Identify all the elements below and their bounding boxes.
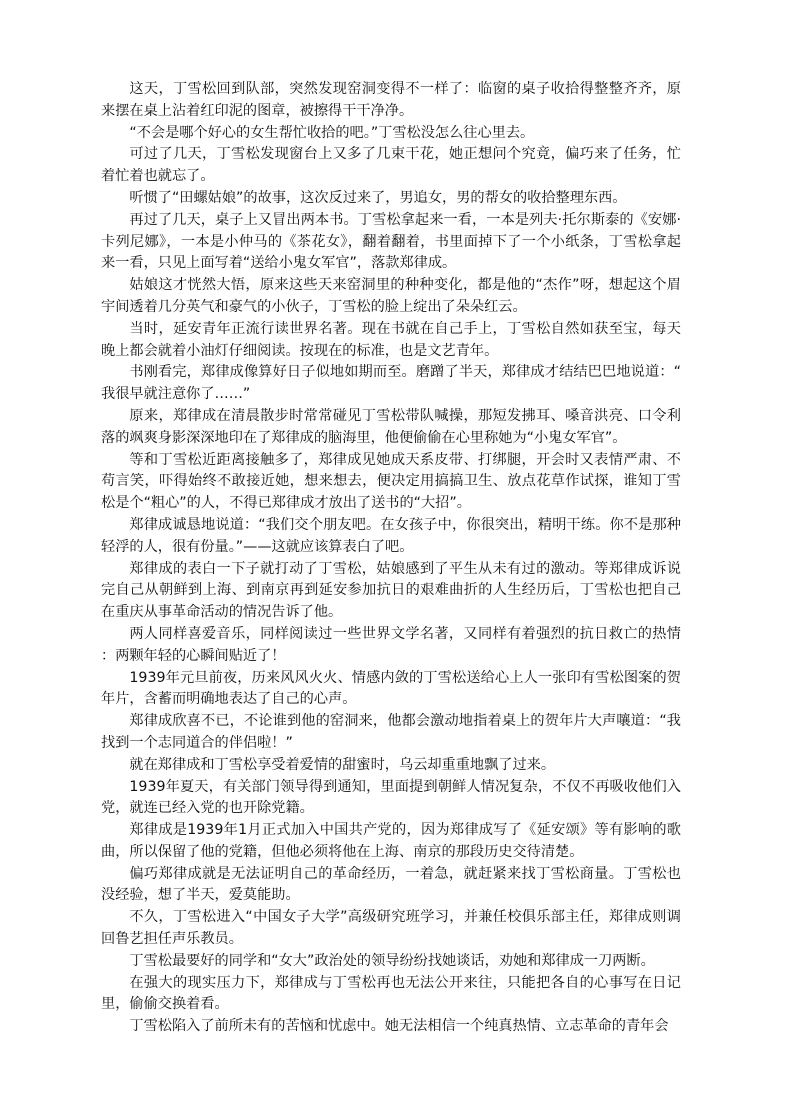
paragraph: 听惯了“田螺姑娘”的故事，这次反过来了，男追女，男的帮女的收拾整理东西。 <box>101 188 681 210</box>
document-body: 这天，丁雪松回到队部，突然发现窑洞变得不一样了：临窗的桌子收拾得整整齐齐，原来摆… <box>101 79 681 1038</box>
paragraph: “不会是哪个好心的女生帮忙收拾的吧。”丁雪松没怎么往心里去。 <box>101 123 681 145</box>
paragraph: 郑律成是1939年1月正式加入中国共产党的，因为郑律成写了《延安颂》等有影响的歌… <box>101 820 681 864</box>
paragraph: 郑律成诚恳地说道：“我们交个朋友吧。在女孩子中，你很突出，精明干练。你不是那种轻… <box>101 515 681 559</box>
paragraph: 丁雪松陷入了前所未有的苦恼和忧虑中。她无法相信一个纯真热情、立志革命的青年会 <box>101 1016 681 1038</box>
paragraph: 原来，郑律成在清晨散步时常常碰见丁雪松带队喊操，那短发拂耳、嗓音洪亮、口令利落的… <box>101 406 681 450</box>
paragraph: 不久，丁雪松进入“中国女子大学”高级研究班学习，并兼任校俱乐部主任，郑律成则调回… <box>101 907 681 951</box>
paragraph: 这天，丁雪松回到队部，突然发现窑洞变得不一样了：临窗的桌子收拾得整整齐齐，原来摆… <box>101 79 681 123</box>
paragraph: 郑律成的表白一下子就打动了丁雪松，姑娘感到了平生从未有过的激动。等郑律成诉说完自… <box>101 559 681 624</box>
paragraph: 丁雪松最要好的同学和“女大”政治处的领导纷纷找她谈话，劝她和郑律成一刀两断。 <box>101 951 681 973</box>
paragraph: 书刚看完，郑律成像算好日子似地如期而至。磨蹭了半天，郑律成才结结巴巴地说道：“我… <box>101 362 681 406</box>
paragraph: 1939年元旦前夜，历来风风火火、情感内敛的丁雪松送给心上人一张印有雪松图案的贺… <box>101 668 681 712</box>
paragraph: 1939年夏天，有关部门领导得到通知，里面提到朝鲜人情况复杂，不仅不再吸收他们入… <box>101 777 681 821</box>
paragraph: 当时，延安青年正流行读世界名著。现在书就在自己手上，丁雪松自然如获至宝，每天晚上… <box>101 319 681 363</box>
paragraph: 姑娘这才恍然大悟，原来这些天来窑洞里的种种变化，都是他的“杰作”呀，想起这个眉宇… <box>101 275 681 319</box>
paragraph: 再过了几天，桌子上又冒出两本书。丁雪松拿起来一看，一本是列夫·托尔斯泰的《安娜·… <box>101 210 681 275</box>
paragraph: 郑律成欣喜不已，不论谁到他的窑洞来，他都会激动地指着桌上的贺年片大声嚷道：“我找… <box>101 711 681 755</box>
paragraph: 偏巧郑律成就是无法证明自己的革命经历，一着急，就赶紧来找丁雪松商量。丁雪松也没经… <box>101 864 681 908</box>
paragraph: 在强大的现实压力下，郑律成与丁雪松再也无法公开来往，只能把各自的心事写在日记里，… <box>101 973 681 1017</box>
paragraph: 两人同样喜爱音乐，同样阅读过一些世界文学名著，又同样有着强烈的抗日救亡的热情：两… <box>101 624 681 668</box>
paragraph: 可过了几天，丁雪松发现窗台上又多了几束干花，她正想问个究竟，偏巧来了任务，忙着忙… <box>101 144 681 188</box>
paragraph: 等和丁雪松近距离接触多了，郑律成见她成天系皮带、打绑腿，开会时又表情严肃、不苟言… <box>101 450 681 515</box>
paragraph: 就在郑律成和丁雪松享受着爱情的甜蜜时，乌云却重重地飘了过来。 <box>101 755 681 777</box>
